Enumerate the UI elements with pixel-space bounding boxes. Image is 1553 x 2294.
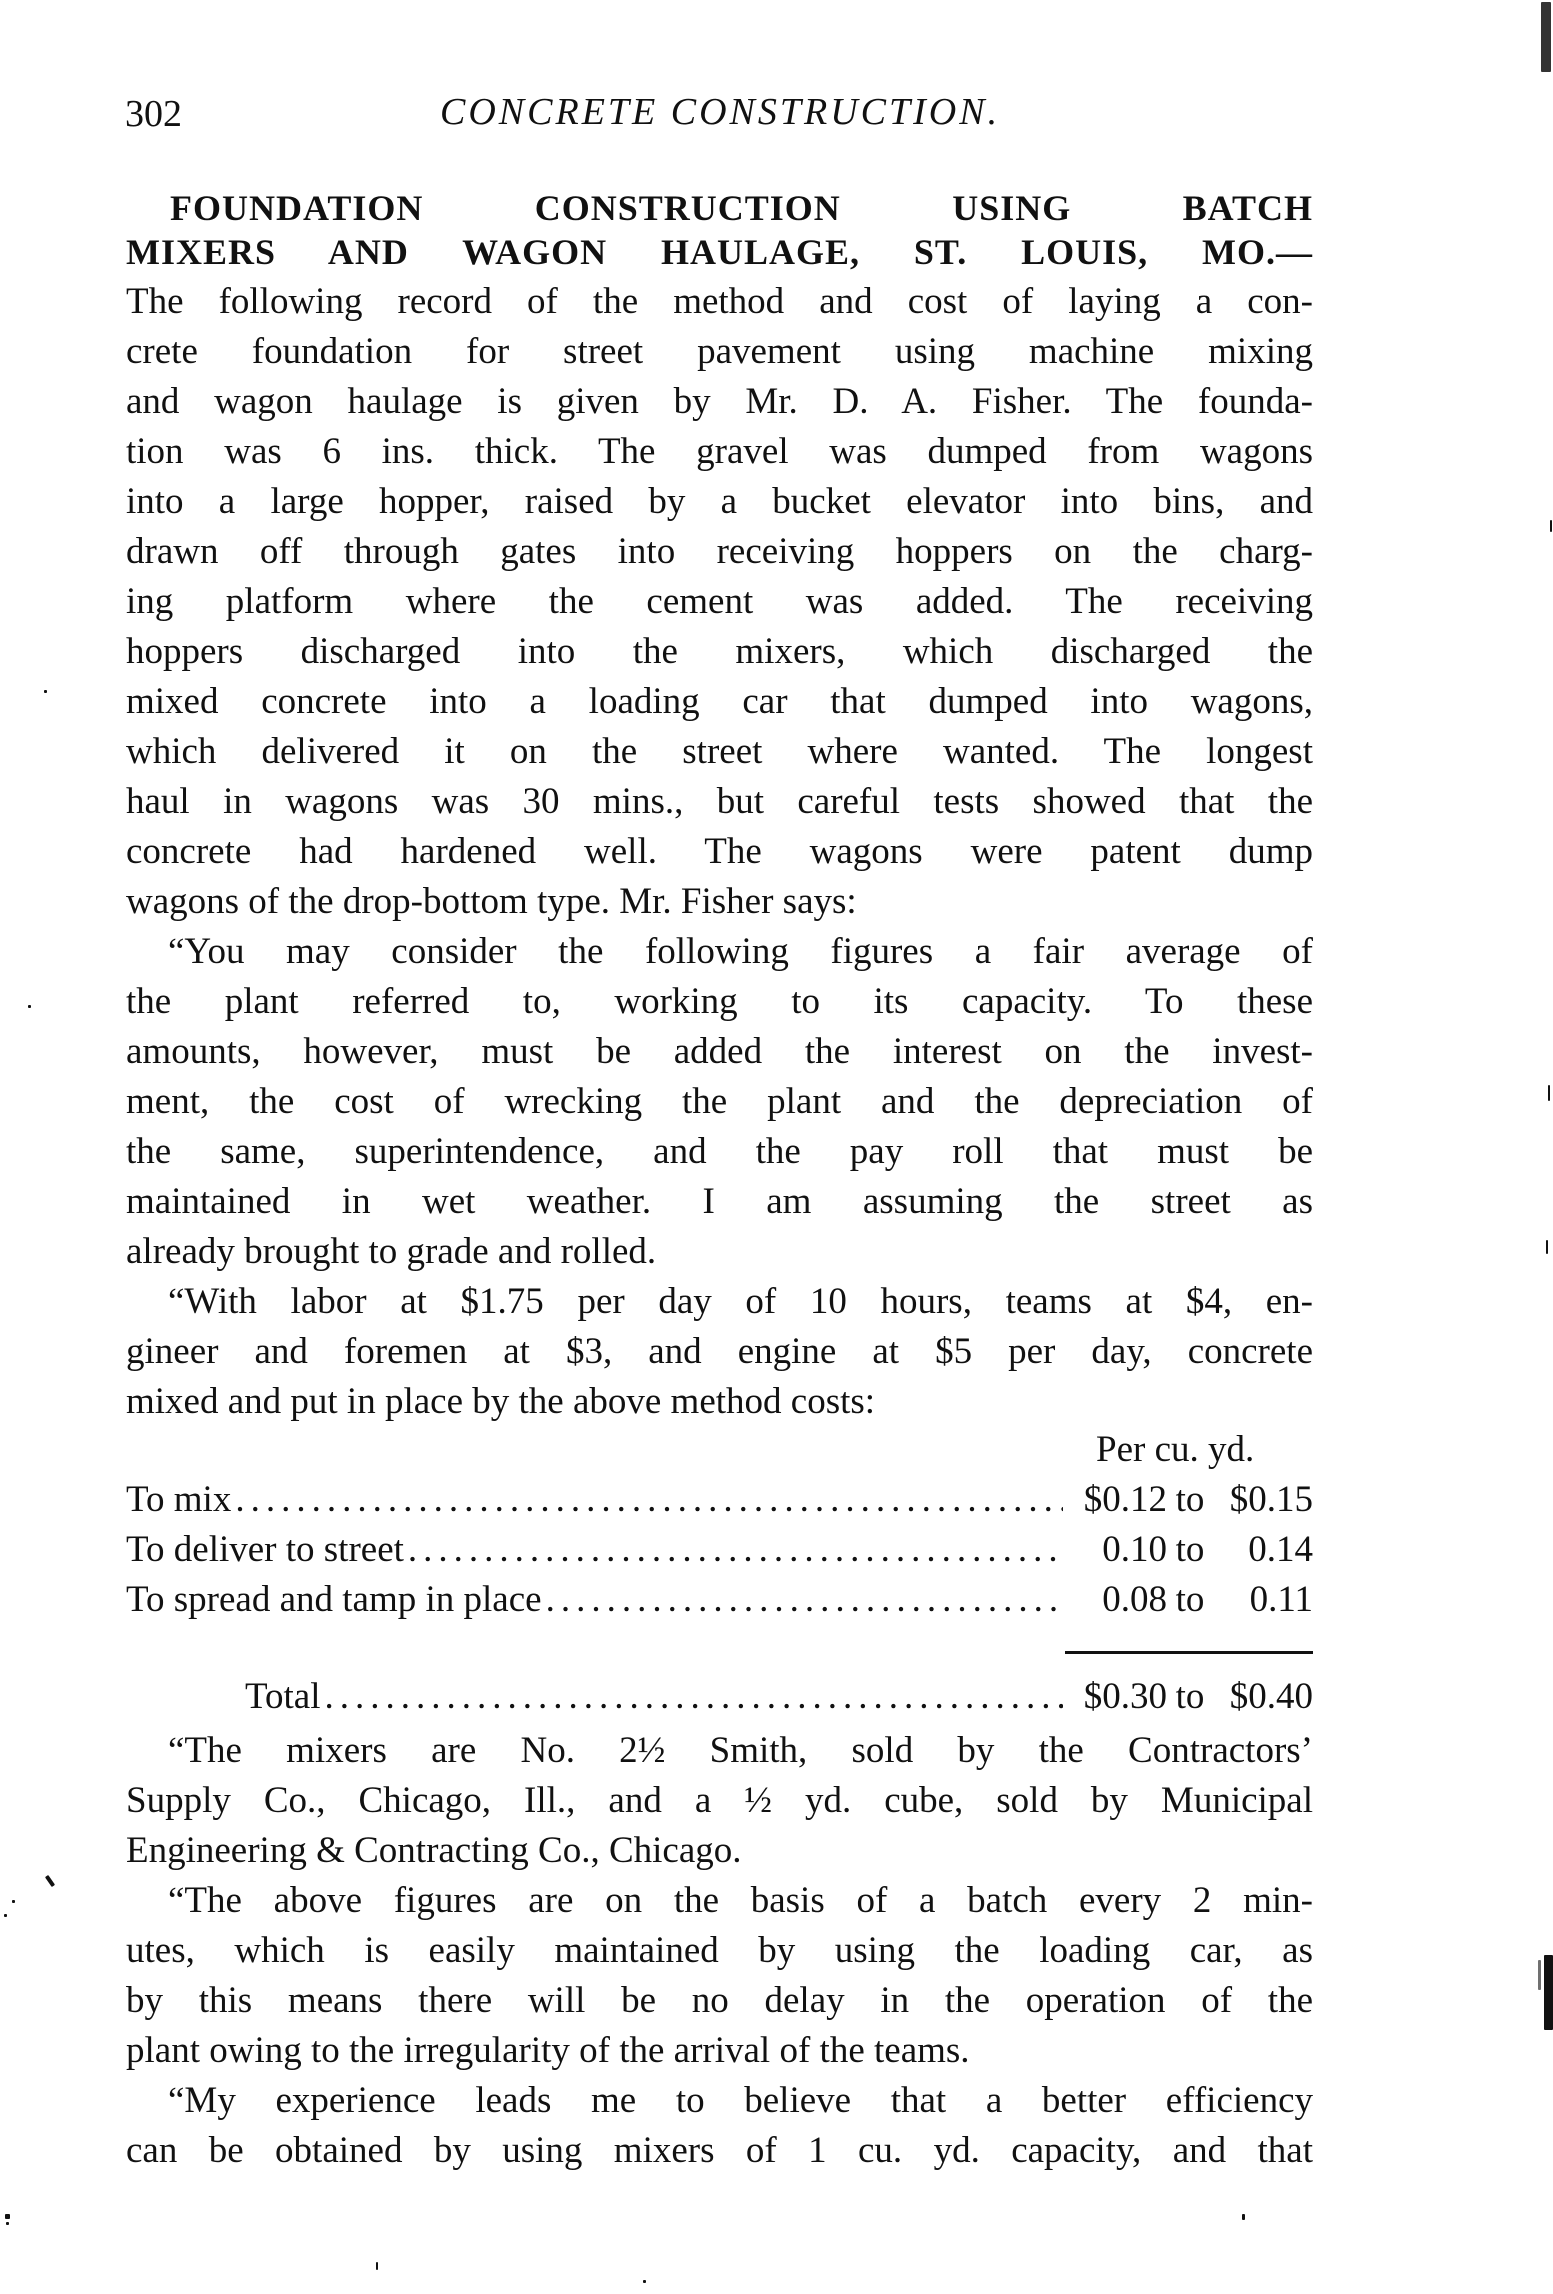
- body-line: maintained in wet weather. I am assuming…: [126, 1177, 1313, 1227]
- body-line: plant owing to the irregularity of the a…: [126, 2026, 1313, 2076]
- body-line: “With labor at $1.75 per day of 10 hours…: [168, 1277, 1313, 1327]
- scan-artifact: [1544, 1955, 1553, 2030]
- scan-artifact: [1242, 2214, 1245, 2220]
- body-line: can be obtained by using mixers of 1 cu.…: [126, 2126, 1313, 2176]
- running-head: CONCRETE CONSTRUCTION.: [440, 90, 1005, 134]
- scan-artifact: [4, 1914, 7, 1917]
- total-value: $0.30 to $0.40: [1067, 1672, 1313, 1722]
- body-line: by this means there will be no delay in …: [126, 1976, 1313, 2026]
- row-label: To deliver to street: [126, 1525, 404, 1575]
- scan-artifact: [45, 1875, 55, 1887]
- scan-artifact: [1538, 1960, 1541, 1990]
- page-number: 302: [125, 92, 182, 136]
- section-heading-line-1: FOUNDATION CONSTRUCTION USING BATCH: [170, 183, 1313, 233]
- body-line: Engineering & Contracting Co., Chicago.: [126, 1826, 1313, 1876]
- body-line: haul in wagons was 30 mins., but careful…: [126, 777, 1313, 827]
- section-heading-line-2: MIXERS AND WAGON HAULAGE, ST. LOUIS, MO.…: [126, 227, 1313, 277]
- body-line: The following record of the method and c…: [126, 277, 1313, 327]
- value-sep: to: [1168, 1525, 1212, 1575]
- scan-artifact: [1550, 520, 1552, 532]
- body-line: ing platform where the cement was added.…: [126, 577, 1313, 627]
- book-page: 302 CONCRETE CONSTRUCTION. FOUNDATION CO…: [0, 0, 1553, 2294]
- value-high: 0.11: [1213, 1575, 1313, 1625]
- table-total-row: Total ..................................…: [245, 1672, 1313, 1722]
- body-line: the same, superintendence, and the pay r…: [126, 1127, 1313, 1177]
- body-line: hoppers discharged into the mixers, whic…: [126, 627, 1313, 677]
- body-line: mixed concrete into a loading car that d…: [126, 677, 1313, 727]
- value-low: $0.12: [1067, 1475, 1167, 1525]
- row-value: 0.08 to 0.11: [1067, 1575, 1313, 1625]
- scan-artifact: [28, 1005, 31, 1008]
- row-label: To spread and tamp in place: [126, 1575, 542, 1625]
- body-line: “The mixers are No. 2½ Smith, sold by th…: [168, 1726, 1313, 1776]
- body-line: wagons of the drop-bottom type. Mr. Fish…: [126, 877, 1313, 927]
- body-line: “The above figures are on the basis of a…: [168, 1876, 1313, 1926]
- body-line: Supply Co., Chicago, Ill., and a ½ yd. c…: [126, 1776, 1313, 1826]
- row-value: 0.10 to 0.14: [1067, 1525, 1313, 1575]
- scan-artifact: [6, 2222, 9, 2225]
- value-sep: to: [1168, 1575, 1212, 1625]
- value-sep: to: [1168, 1475, 1212, 1525]
- body-line: concrete had hardened well. The wagons w…: [126, 827, 1313, 877]
- body-line: drawn off through gates into receiving h…: [126, 527, 1313, 577]
- row-label: To mix: [126, 1475, 231, 1525]
- scan-artifact: [1541, 2, 1551, 72]
- table-row: To mix .................................…: [126, 1475, 1313, 1525]
- row-value: $0.12 to $0.15: [1067, 1475, 1313, 1525]
- body-line: the plant referred to, working to its ca…: [126, 977, 1313, 1027]
- body-line: ment, the cost of wrecking the plant and…: [126, 1077, 1313, 1127]
- value-high: 0.14: [1213, 1525, 1313, 1575]
- body-line: into a large hopper, raised by a bucket …: [126, 477, 1313, 527]
- value-low: 0.10: [1067, 1525, 1167, 1575]
- body-line: mixed and put in place by the above meth…: [126, 1377, 1313, 1427]
- value-high: $0.15: [1213, 1475, 1313, 1525]
- body-line: which delivered it on the street where w…: [126, 727, 1313, 777]
- body-line: crete foundation for street pavement usi…: [126, 327, 1313, 377]
- scan-artifact: [1546, 1240, 1548, 1254]
- body-line: tion was 6 ins. thick. The gravel was du…: [126, 427, 1313, 477]
- scan-artifact: [44, 690, 47, 693]
- table-row: To deliver to street ...................…: [126, 1525, 1313, 1575]
- scan-artifact: [1548, 1085, 1550, 1101]
- body-line: amounts, however, must be added the inte…: [126, 1027, 1313, 1077]
- dot-leader: ........................................…: [408, 1525, 1063, 1575]
- scan-artifact: [12, 1900, 15, 1903]
- body-line: utes, which is easily maintained by usin…: [126, 1926, 1313, 1976]
- dot-leader: ........................................…: [235, 1475, 1063, 1525]
- total-label: Total: [245, 1672, 321, 1722]
- value-high: $0.40: [1213, 1672, 1313, 1722]
- value-sep: to: [1168, 1672, 1212, 1722]
- scan-artifact: [5, 2214, 10, 2219]
- value-low: $0.30: [1067, 1672, 1167, 1722]
- body-line: gineer and foremen at $3, and engine at …: [126, 1327, 1313, 1377]
- scan-artifact: [643, 2280, 646, 2283]
- scan-artifact: [376, 2262, 378, 2270]
- table-row: To spread and tamp in place ............…: [126, 1575, 1313, 1625]
- body-line: “You may consider the following figures …: [168, 927, 1313, 977]
- table-unit-header: Per cu. yd.: [1096, 1425, 1296, 1475]
- value-low: 0.08: [1067, 1575, 1167, 1625]
- dot-leader: ........................................…: [546, 1575, 1063, 1625]
- body-line: already brought to grade and rolled.: [126, 1227, 1313, 1277]
- body-line: and wagon haulage is given by Mr. D. A. …: [126, 377, 1313, 427]
- dot-leader: ........................................…: [325, 1672, 1064, 1722]
- body-line: “My experience leads me to believe that …: [168, 2076, 1313, 2126]
- total-rule: [1065, 1651, 1313, 1654]
